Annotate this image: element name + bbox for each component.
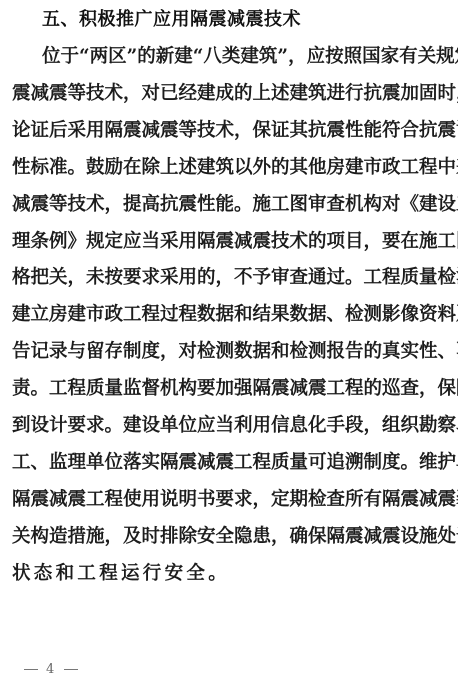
text-line: 减震等技术，提高抗震性能。施工图审查机构对《建设工程抗震管 [12,193,448,217]
dash-decoration [24,669,38,670]
text-line: 关构造措施，及时排除安全隐患，确保隔震减震设施处于正常工作 [12,525,448,549]
text-line: 隔震减震工程使用说明书要求，定期检查所有隔震减震装置及相 [12,488,448,512]
text-line: 工、监理单位落实隔震减震工程质量可追溯制度。维护单位应按 [12,451,448,475]
text-line: 位于“两区”的新建“八类建筑”，应按照国家有关规定采用隔 [42,45,448,69]
document-page: 五、积极推广应用隔震减震技术 位于“两区”的新建“八类建筑”，应按照国家有关规定… [0,0,458,687]
text-line: 理条例》规定应当采用隔震减震技术的项目，要在施工图审查时严 [12,230,448,254]
page-number-value: 4 [46,662,56,677]
text-line: 到设计要求。建设单位应当利用信息化手段，组织勘察、设计、施 [12,414,448,438]
dash-decoration [64,669,78,670]
text-line: 状态和工程运行安全。 [12,562,448,586]
text-line: 震减震等技术，对已经建成的上述建筑进行抗震加固时，应经充分 [12,82,448,106]
text-line: 性标准。鼓励在除上述建筑以外的其他房建市政工程中采用隔震 [12,156,448,180]
text-line: 责。工程质量监督机构要加强隔震减震工程的巡查，保障工程达 [12,377,448,401]
section-heading: 五、积极推广应用隔震减震技术 [42,8,301,32]
text-line: 格把关，未按要求采用的，不予审查通过。工程质量检测机构应当 [12,266,448,290]
text-line: 告记录与留存制度，对检测数据和检测报告的真实性、准确性负 [12,340,448,364]
page-number: 4 [16,661,86,679]
text-line: 论证后采用隔震减震等技术，保证其抗震性能符合抗震设防强制 [12,119,448,143]
text-line: 建立房建市政工程过程数据和结果数据、检测影像资料及检测报 [12,303,448,327]
